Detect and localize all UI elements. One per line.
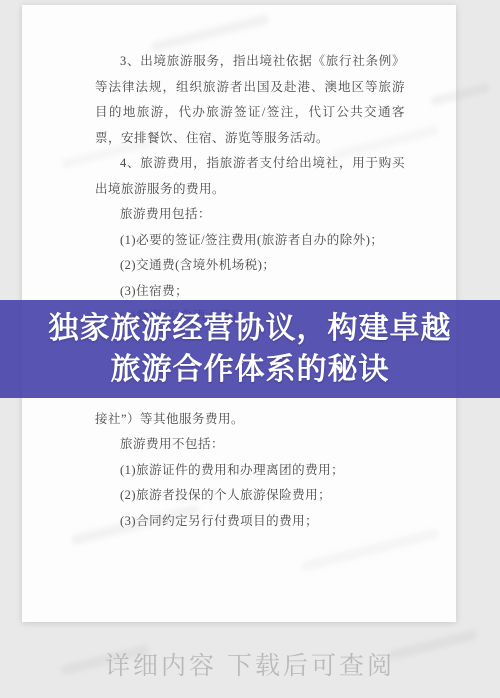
doc-paragraph: (1)必要的签证/签注费用(旅游者自办的除外)； [95,228,405,254]
doc-paragraph: (1)旅游证件的费用和办理离团的费用； [95,458,405,484]
doc-paragraph: 4、旅游费用，指旅游者支付给出境社，用于购买出境旅游服务的费用。 [95,151,405,202]
banner-title-line2: 旅游合作体系的秘诀 [111,349,390,390]
doc-paragraph: 3、出境旅游服务，指出境社依据《旅行社条例》等法律法规，组织旅游者出国及赴港、澳… [95,49,405,151]
doc-paragraph: (2)交通费(含境外机场税)； [95,253,405,279]
doc-paragraph: 接社”）等其他服务费用。 [95,407,405,433]
doc-paragraph: 旅游费用包括： [95,202,405,228]
footer-caption: 详细内容 下载后可查阅 [0,646,500,682]
doc-paragraph: (2)旅游者投保的个人旅游保险费用； [95,483,405,509]
preview-canvas: 3、出境旅游服务，指出境社依据《旅行社条例》等法律法规，组织旅游者出国及赴港、澳… [0,0,500,698]
doc-paragraph: (3)合同约定另行付费项目的费用； [95,509,405,535]
document-body: 3、出境旅游服务，指出境社依据《旅行社条例》等法律法规，组织旅游者出国及赴港、澳… [22,5,456,534]
title-banner: 独家旅游经营协议，构建卓越 旅游合作体系的秘诀 [0,300,500,398]
doc-paragraph: 旅游费用不包括： [95,432,405,458]
banner-title-line1: 独家旅游经营协议，构建卓越 [49,308,452,349]
